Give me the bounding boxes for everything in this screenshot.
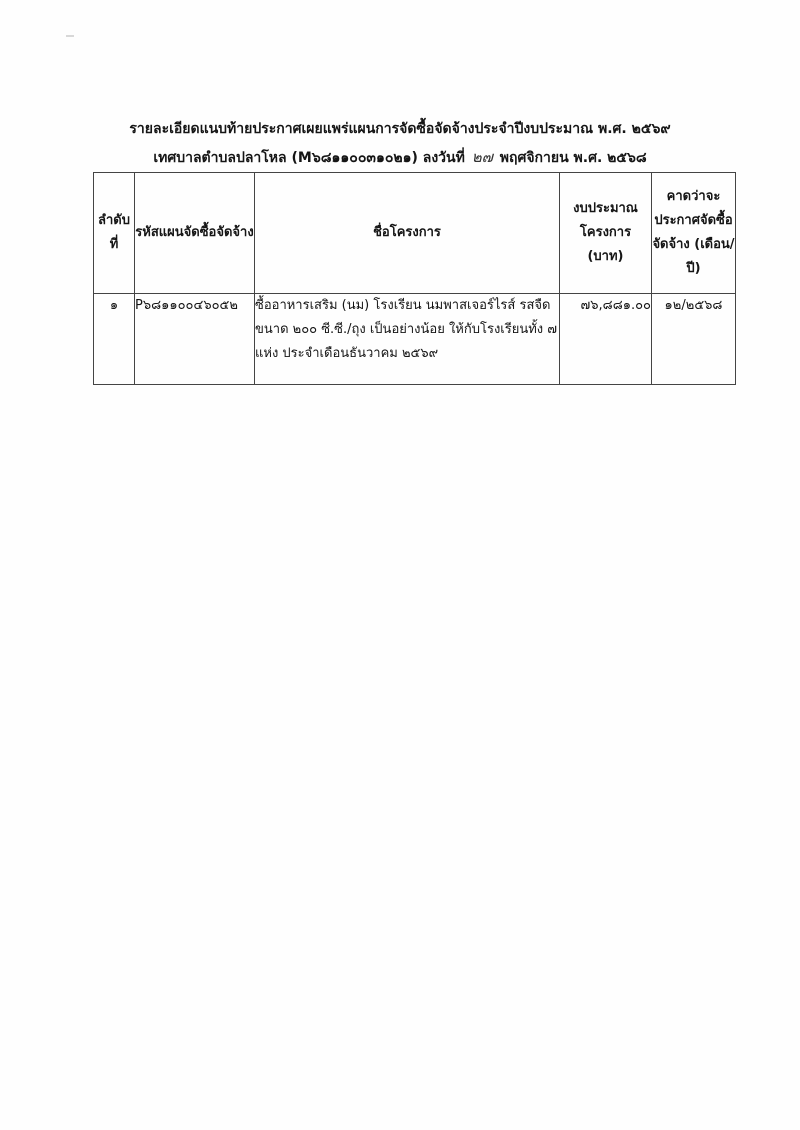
table-header-row: ลำดับที่ รหัสแผนจัดซื้อจัดจ้าง ชื่อโครงก… bbox=[94, 173, 736, 294]
subtitle-suffix: พฤศจิกายน พ.ศ. ๒๕๖๘ bbox=[500, 150, 647, 166]
cell-project-name: ซื้ออาหารเสริม (นม) โรงเรียน นมพาสเจอร์ไ… bbox=[255, 294, 560, 385]
procurement-plan-table: ลำดับที่ รหัสแผนจัดซื้อจัดจ้าง ชื่อโครงก… bbox=[93, 172, 736, 385]
cell-expected-month: ๑๒/๒๕๖๘ bbox=[652, 294, 736, 385]
handwritten-day: ๒๗ bbox=[470, 145, 495, 169]
subtitle-prefix: เทศบาลตำบลปลาโหล (M๖๘๑๑๐๐๓๑๐๒๑) ลงวันที่ bbox=[153, 150, 465, 166]
cell-no: ๑ bbox=[94, 294, 135, 385]
header-plan-code: รหัสแผนจัดซื้อจัดจ้าง bbox=[135, 173, 255, 294]
document-page: รายละเอียดแนบท้ายประกาศเผยแพร่แผนการจัดซ… bbox=[0, 0, 800, 1130]
header-expected-month: คาดว่าจะประกาศจัดซื้อจัดจ้าง (เดือน/ปี) bbox=[652, 173, 736, 294]
cell-budget: ๗๖,๘๘๑.๐๐ bbox=[560, 294, 652, 385]
cell-plan-code: P๖๘๑๑๐๐๔๖๐๕๒ bbox=[135, 294, 255, 385]
header-budget: งบประมาณโครงการ (บาท) bbox=[560, 173, 652, 294]
document-title: รายละเอียดแนบท้ายประกาศเผยแพร่แผนการจัดซ… bbox=[0, 118, 800, 140]
scan-artifact bbox=[66, 35, 74, 37]
header-no: ลำดับที่ bbox=[94, 173, 135, 294]
header-project-name: ชื่อโครงการ bbox=[255, 173, 560, 294]
document-subtitle: เทศบาลตำบลปลาโหล (M๖๘๑๑๐๐๓๑๐๒๑) ลงวันที่… bbox=[0, 145, 800, 169]
table-row: ๑ P๖๘๑๑๐๐๔๖๐๕๒ ซื้ออาหารเสริม (นม) โรงเร… bbox=[94, 294, 736, 385]
